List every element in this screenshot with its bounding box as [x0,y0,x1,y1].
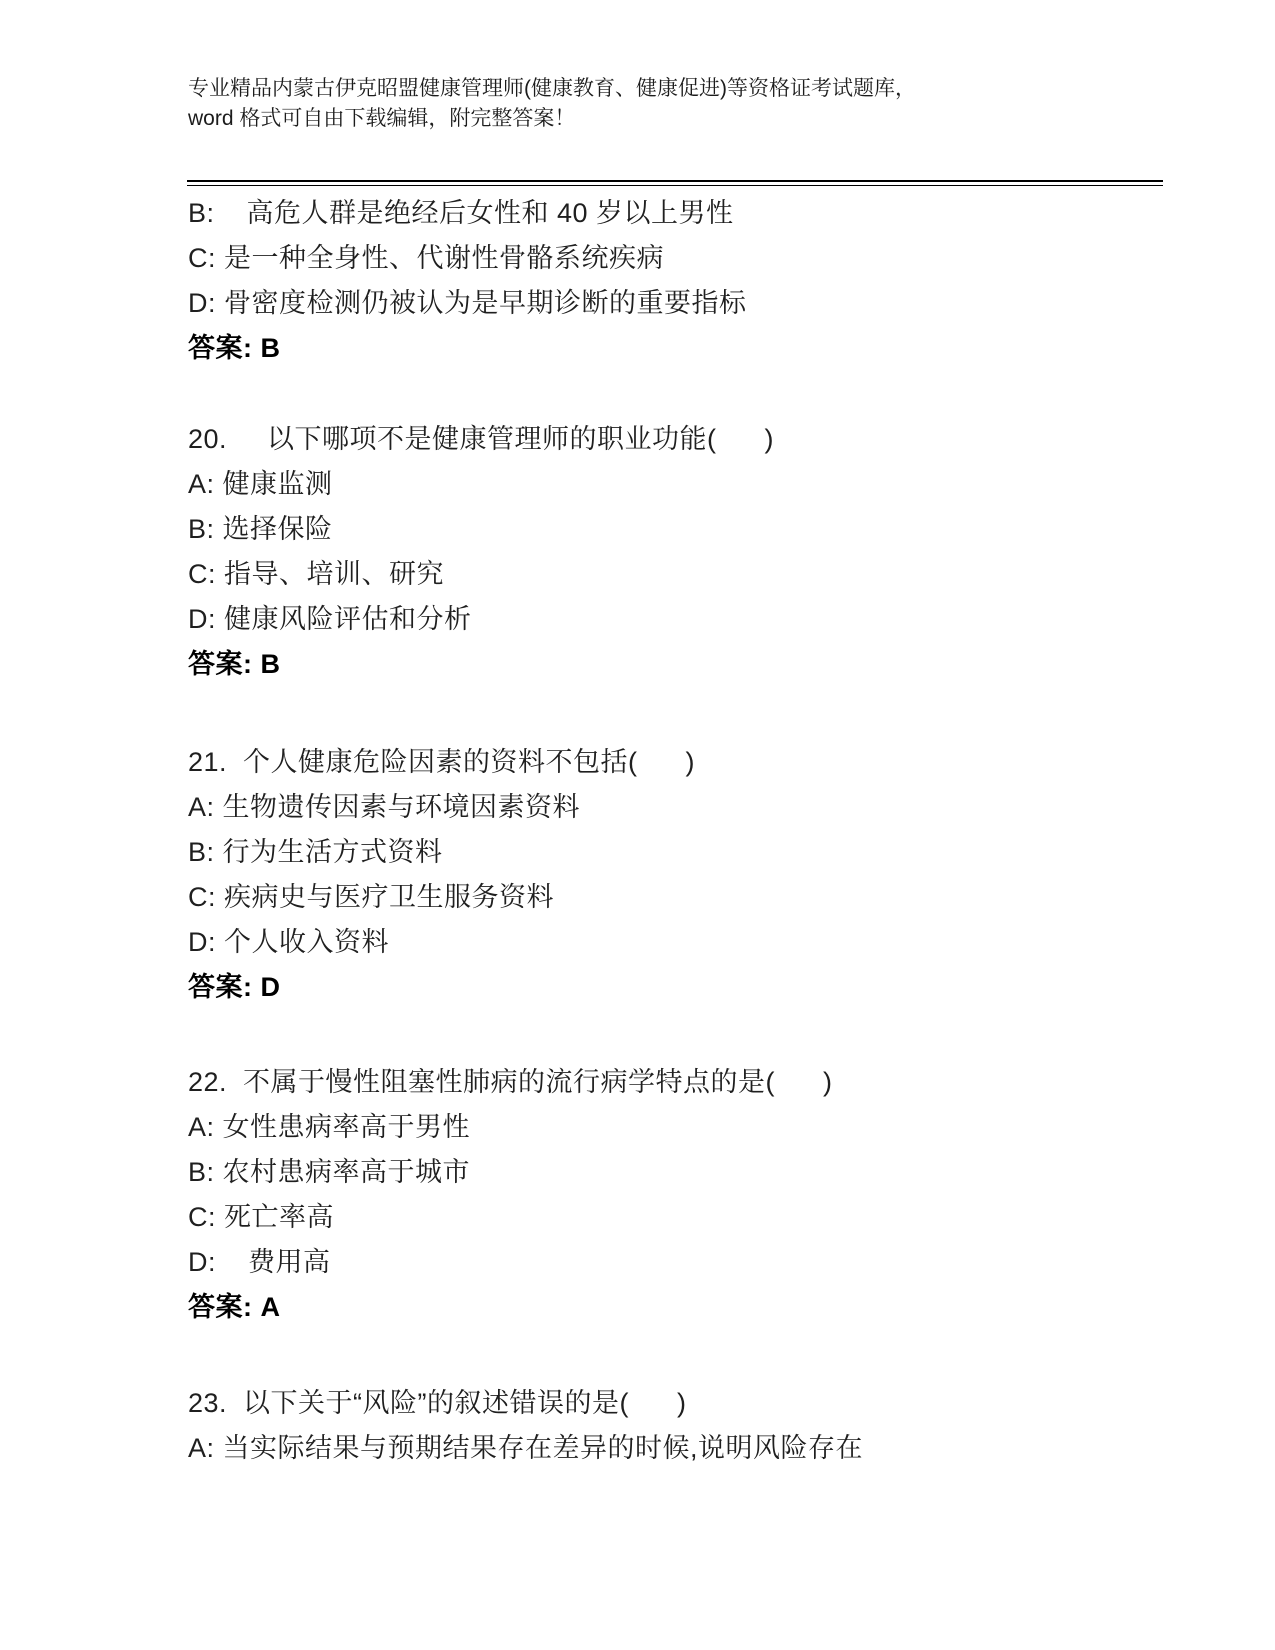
option-line-c: C: 疾病史与医疗卫生服务资料 [188,875,1178,920]
question-19-continuation: B: 高危人群是绝经后女性和 40 岁以上男性 C: 是一种全身性、代谢性骨骼系… [188,191,1178,371]
header-line-2: word 格式可自由下载编辑，附完整答案！ [188,104,1168,134]
option-line-c: C: 死亡率高 [188,1195,1178,1240]
option-line-d: D: 骨密度检测仍被认为是早期诊断的重要指标 [188,281,1178,326]
answer-line: 答案: D [188,965,1178,1010]
option-line-b: B: 选择保险 [188,507,1178,552]
option-line-d: D: 费用高 [188,1240,1178,1285]
option-line-b: B: 农村患病率高于城市 [188,1150,1178,1195]
option-line-c: C: 指导、培训、研究 [188,552,1178,597]
header-divider-rule [187,180,1163,186]
question-title: 20. 以下哪项不是健康管理师的职业功能( ) [188,417,1178,462]
option-line-d: D: 个人收入资料 [188,920,1178,965]
answer-line: 答案: B [188,326,1178,371]
question-title: 23. 以下关于“风险”的叙述错误的是( ) [188,1381,1178,1426]
option-line-c: C: 是一种全身性、代谢性骨骼系统疾病 [188,236,1178,281]
option-line-a: A: 生物遗传因素与环境因素资料 [188,785,1178,830]
option-line-b: B: 高危人群是绝经后女性和 40 岁以上男性 [188,191,1178,236]
question-21: 21. 个人健康危险因素的资料不包括( ) A: 生物遗传因素与环境因素资料 B… [188,740,1178,1010]
answer-line: 答案: A [188,1285,1178,1330]
question-title: 21. 个人健康危险因素的资料不包括( ) [188,740,1178,785]
option-line-a: A: 女性患病率高于男性 [188,1105,1178,1150]
option-line-b: B: 行为生活方式资料 [188,830,1178,875]
answer-line: 答案: B [188,642,1178,687]
option-line-d: D: 健康风险评估和分析 [188,597,1178,642]
document-page: 专业精品内蒙古伊克昭盟健康管理师(健康教育、健康促进)等资格证考试题库， wor… [0,0,1275,1650]
question-22: 22. 不属于慢性阻塞性肺病的流行病学特点的是( ) A: 女性患病率高于男性 … [188,1060,1178,1330]
question-20: 20. 以下哪项不是健康管理师的职业功能( ) A: 健康监测 B: 选择保险 … [188,417,1178,687]
option-line-a: A: 当实际结果与预期结果存在差异的时候,说明风险存在 [188,1426,1178,1471]
question-23: 23. 以下关于“风险”的叙述错误的是( ) A: 当实际结果与预期结果存在差异… [188,1381,1178,1471]
option-line-a: A: 健康监测 [188,462,1178,507]
question-title: 22. 不属于慢性阻塞性肺病的流行病学特点的是( ) [188,1060,1178,1105]
header-line-1: 专业精品内蒙古伊克昭盟健康管理师(健康教育、健康促进)等资格证考试题库， [188,74,1168,104]
page-header: 专业精品内蒙古伊克昭盟健康管理师(健康教育、健康促进)等资格证考试题库， wor… [188,74,1168,134]
